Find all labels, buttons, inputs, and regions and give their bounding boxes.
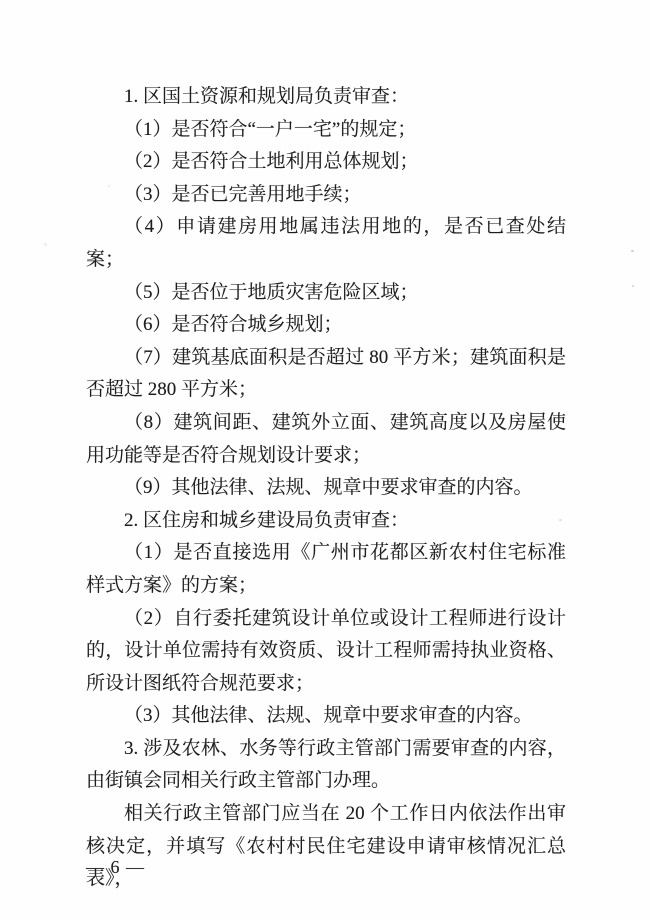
document-page: 1. 区国土资源和规划局负责审查： （1）是否符合“一户一宅”的规定； （2）是… bbox=[0, 0, 650, 920]
page-number: — 6 — bbox=[86, 857, 145, 878]
paragraph-item: （3）其他法律、法规、规章中要求审查的内容。 bbox=[86, 700, 566, 733]
paragraph-item: （2）是否符合土地利用总体规划； bbox=[86, 146, 566, 179]
paragraph-closing: 相关行政主管部门应当在 20 个工作日内依法作出审核决定，并填写《农村村民住宅建… bbox=[86, 798, 566, 896]
scan-speck bbox=[559, 519, 562, 521]
scan-speck bbox=[108, 185, 110, 187]
document-body: 1. 区国土资源和规划局负责审查： （1）是否符合“一户一宅”的规定； （2）是… bbox=[86, 81, 566, 896]
paragraph-section2-heading: 2. 区住房和城乡建设局负责审查： bbox=[86, 505, 566, 538]
paragraph-item: （2）自行委托建筑设计单位或设计工程师进行设计的，设计单位需持有效资质、设计工程… bbox=[86, 603, 566, 701]
paragraph-section3: 3. 涉及农林、水务等行政主管部门需要审查的内容，由街镇会同相关行政主管部门办理… bbox=[86, 733, 566, 798]
scan-speck bbox=[44, 243, 47, 246]
paragraph-section1-heading: 1. 区国土资源和规划局负责审查： bbox=[86, 81, 566, 114]
paragraph-item: （7）建筑基底面积是否超过 80 平方米；建筑面积是否超过 280 平方米； bbox=[86, 342, 566, 407]
paragraph-item: （3）是否已完善用地手续； bbox=[86, 179, 566, 212]
scan-speck bbox=[631, 250, 634, 252]
paragraph-item: （8）建筑间距、建筑外立面、建筑高度以及房屋使用功能等是否符合规划设计要求； bbox=[86, 407, 566, 472]
paragraph-item: （1）是否直接选用《广州市花都区新农村住宅标准样式方案》的方案； bbox=[86, 537, 566, 602]
paragraph-item: （1）是否符合“一户一宅”的规定； bbox=[86, 114, 566, 147]
scan-speck bbox=[632, 285, 634, 287]
paragraph-item: （9）其他法律、法规、规章中要求审查的内容。 bbox=[86, 472, 566, 505]
paragraph-item: （4）申请建房用地属违法用地的，是否已查处结案； bbox=[86, 211, 566, 276]
paragraph-item: （5）是否位于地质灾害危险区域； bbox=[86, 277, 566, 310]
paragraph-item: （6）是否符合城乡规划； bbox=[86, 309, 566, 342]
